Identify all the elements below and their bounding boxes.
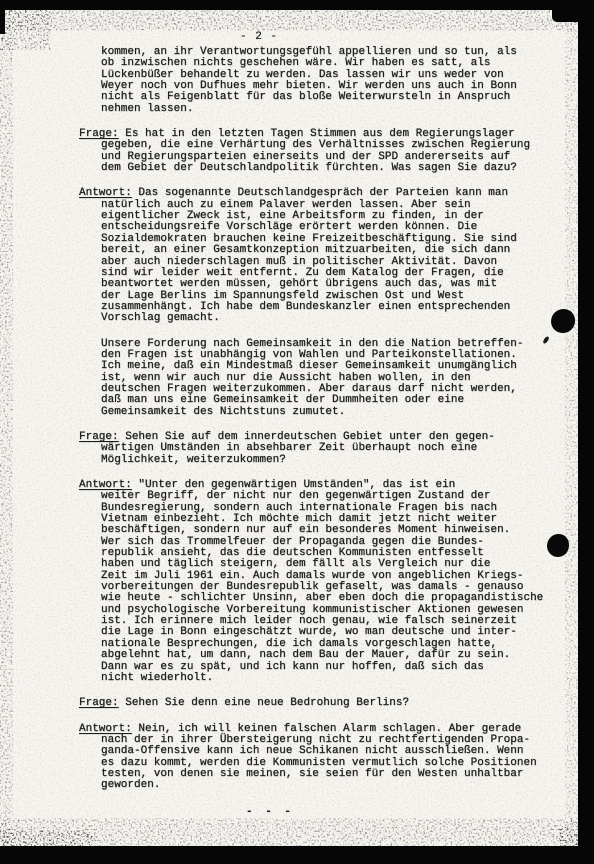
question-block: Frage: Sehen Sie auf dem innerdeutschen …: [79, 432, 550, 466]
answer-block: Antwort: Das sogenannte Deutschlandgespr…: [79, 188, 550, 324]
scanned-document-page: - 2 - kommen, an ihr Verantwortungsgefüh…: [0, 0, 594, 864]
question-text: Sehen Sie denn eine neue Bedrohung Berli…: [125, 697, 409, 709]
question-text: Es hat in den letzten Tagen Stimmen aus …: [101, 128, 530, 174]
answer-label: Antwort:: [79, 723, 132, 735]
punch-hole-mark: [551, 309, 575, 333]
answer-label: Antwort:: [79, 187, 132, 199]
page-number: - 2 -: [240, 31, 278, 43]
question-block: Frage: Sehen Sie denn eine neue Bedrohun…: [79, 698, 550, 709]
punch-hole-mark: [547, 534, 569, 557]
question-block: Frage: Es hat in den letzten Tagen Stimm…: [79, 129, 550, 174]
question-text: Sehen Sie auf dem innerdeutschen Gebiet …: [101, 431, 495, 466]
document-body: kommen, an ihr Verantwortungsgefühl appe…: [79, 47, 550, 818]
question-label: Frage:: [79, 697, 119, 709]
answer-text: "Unter den gegenwärtigen Umständen", das…: [101, 479, 543, 684]
answer-text: Nein, ich will keinen falschen Alarm sch…: [101, 723, 537, 792]
answer-block: Antwort: Nein, ich will keinen falschen …: [79, 724, 550, 792]
answer-block: Antwort: "Unter den gegenwärtigen Umstän…: [79, 480, 550, 684]
answer-paragraph: Unsere Forderung nach Gemeinsamkeit in d…: [101, 339, 550, 418]
paragraph-continuation: kommen, an ihr Verantwortungsgefühl appe…: [101, 47, 550, 115]
answer-text: Das sogenannte Deutschlandgespräch der P…: [101, 187, 517, 324]
end-mark: - - -: [246, 806, 550, 818]
